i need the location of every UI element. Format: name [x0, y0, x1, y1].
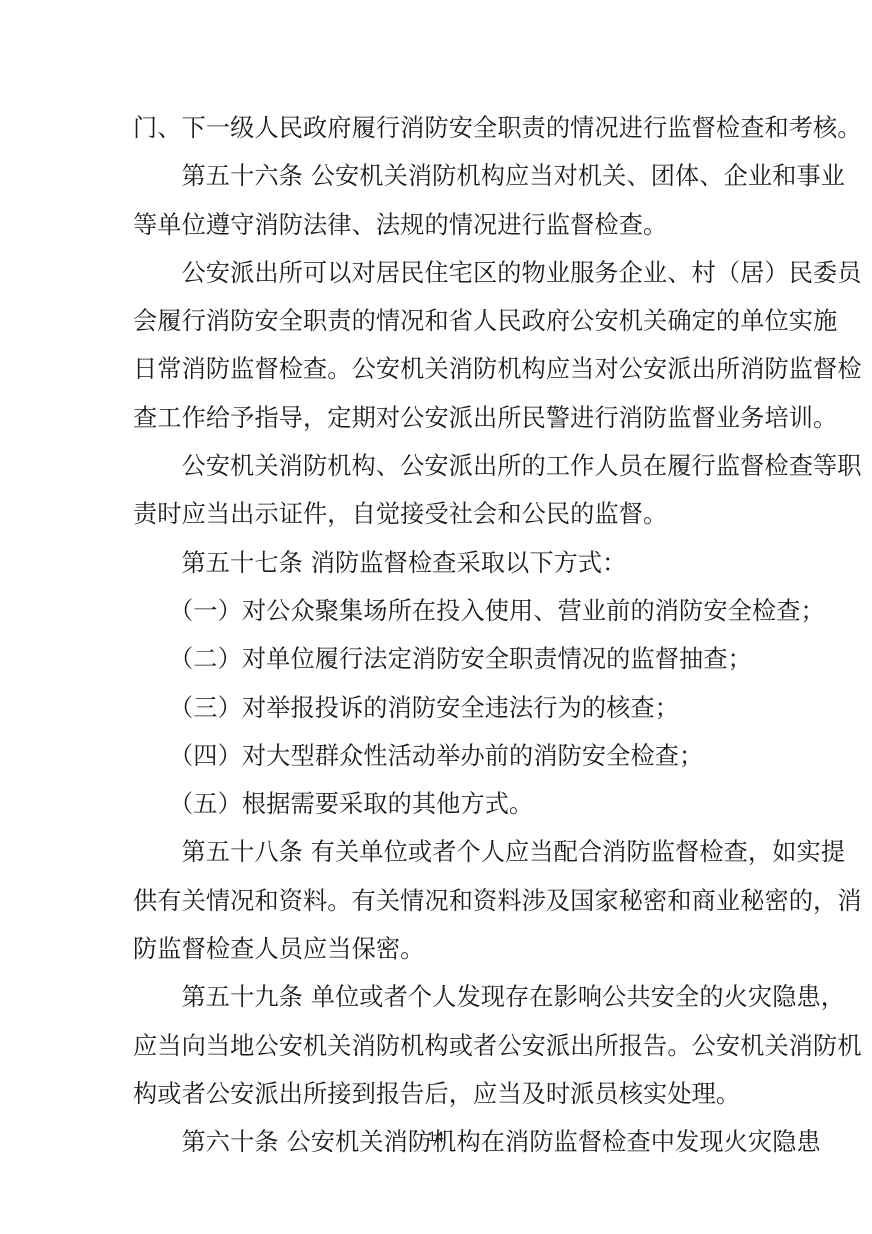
list-item-2: （二）对单位履行法定消防安全职责情况的监督抽查；	[133, 635, 745, 683]
article-58-heading-line: 第五十八条 有关单位或者个人应当配合消防监督检查，如实提	[133, 828, 745, 876]
text-line: 日常消防监督检查。公安机关消防机构应当对公安派出所消防监督检	[133, 345, 745, 393]
text-line: 构或者公安派出所接到报告后，应当及时派员核实处理。	[133, 1070, 745, 1118]
text-line: 责时应当出示证件，自觉接受社会和公民的监督。	[133, 490, 745, 538]
text-line: 供有关情况和资料。有关情况和资料涉及国家秘密和商业秘密的，消	[133, 877, 745, 925]
list-item-5: （五）根据需要采取的其他方式。	[133, 780, 745, 828]
article-59-heading-line: 第五十九条 单位或者个人发现存在影响公共安全的火灾隐患，	[133, 973, 745, 1021]
text-line: 查工作给予指导，定期对公安派出所民警进行消防监督业务培训。	[133, 394, 745, 442]
paragraph-start-line: 公安派出所可以对居民住宅区的物业服务企业、村（居）民委员	[133, 249, 745, 297]
list-item-1: （一）对公众聚集场所在投入使用、营业前的消防安全检查；	[133, 587, 745, 635]
text-line: 等单位遵守消防法律、法规的情况进行监督检查。	[133, 201, 745, 249]
list-item-3: （三）对举报投诉的消防安全违法行为的核查；	[133, 684, 745, 732]
document-body: 门、下一级人民政府履行消防安全职责的情况进行监督检查和考核。 第五十六条 公安机…	[133, 104, 745, 1167]
document-page: 门、下一级人民政府履行消防安全职责的情况进行监督检查和考核。 第五十六条 公安机…	[0, 0, 872, 1234]
article-57-heading-line: 第五十七条 消防监督检查采取以下方式：	[133, 539, 745, 587]
page-number: 14	[0, 1128, 872, 1144]
text-line: 门、下一级人民政府履行消防安全职责的情况进行监督检查和考核。	[133, 104, 745, 152]
article-56-heading-line: 第五十六条 公安机关消防机构应当对机关、团体、企业和事业	[133, 152, 745, 200]
list-item-4: （四）对大型群众性活动举办前的消防安全检查；	[133, 732, 745, 780]
text-line: 防监督检查人员应当保密。	[133, 925, 745, 973]
paragraph-start-line: 公安机关消防机构、公安派出所的工作人员在履行监督检查等职	[133, 442, 745, 490]
text-line: 应当向当地公安机关消防机构或者公安派出所报告。公安机关消防机	[133, 1022, 745, 1070]
text-line: 会履行消防安全职责的情况和省人民政府公安机关确定的单位实施	[133, 297, 745, 345]
